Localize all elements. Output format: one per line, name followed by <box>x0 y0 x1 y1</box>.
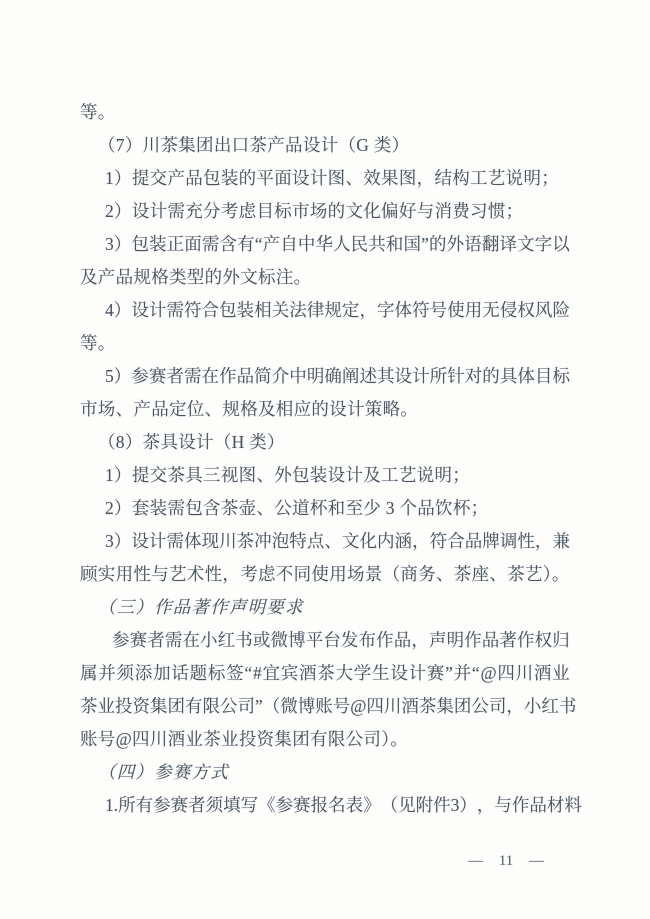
text-line: 顾实用性与艺术性，考虑不同使用场景（商务、茶座、茶艺）。 <box>80 558 570 591</box>
text-line: 参赛者需在小红书或微博平台发布作品，声明作品著作权归 <box>112 624 570 657</box>
page-number: — 11 — <box>468 850 544 872</box>
text-line: 等。 <box>80 327 570 360</box>
text-line: （8）茶具设计（H 类） <box>80 426 570 459</box>
text-line: 3）设计需体现川茶冲泡特点、文化内涵，符合品牌调性，兼 <box>105 525 570 558</box>
section-heading-line: （四）参赛方式 <box>80 756 570 789</box>
text-line: 1.所有参赛者须填写《参赛报名表》（见附件 3），与作品材料 <box>105 789 570 822</box>
text-line: 市场、产品定位、规格及相应的设计策略。 <box>80 393 570 426</box>
text-line: 1）提交茶具三视图、外包装设计及工艺说明； <box>80 459 570 492</box>
text-line: （7）川茶集团出口茶产品设计（G 类） <box>80 129 570 162</box>
text-line: 账号@四川酒业茶业投资集团有限公司）。 <box>80 723 570 756</box>
text-line: 3）包装正面需含有“产自中华人民共和国”的外语翻译文字以 <box>105 228 570 261</box>
text-line: 5）参赛者需在作品简介中明确阐述其设计所针对的具体目标 <box>105 360 570 393</box>
text-line: 2）套装需包含茶壶、公道杯和至少 3 个品饮杯； <box>80 492 570 525</box>
text-line: 茶业投资集团有限公司”（微博账号@四川酒茶集团公司，小红书 <box>80 690 570 723</box>
text-line: 1）提交产品包装的平面设计图、效果图，结构工艺说明； <box>80 162 570 195</box>
text-line: 4）设计需符合包装相关法律规定，字体符号使用无侵权风险 <box>105 294 570 327</box>
text-line: 2）设计需充分考虑目标市场的文化偏好与消费习惯； <box>80 195 570 228</box>
document-page: 等。（7）川茶集团出口茶产品设计（G 类）1）提交产品包装的平面设计图、效果图，… <box>0 0 650 919</box>
document-text-block: 等。（7）川茶集团出口茶产品设计（G 类）1）提交产品包装的平面设计图、效果图，… <box>80 96 570 822</box>
section-heading-line: （三）作品著作声明要求 <box>80 591 570 624</box>
text-line: 及产品规格类型的外文标注。 <box>80 261 570 294</box>
text-line: 等。 <box>80 96 570 129</box>
text-line: 属并须添加话题标签“#宜宾酒茶大学生设计赛”并“@四川酒业 <box>80 657 570 690</box>
